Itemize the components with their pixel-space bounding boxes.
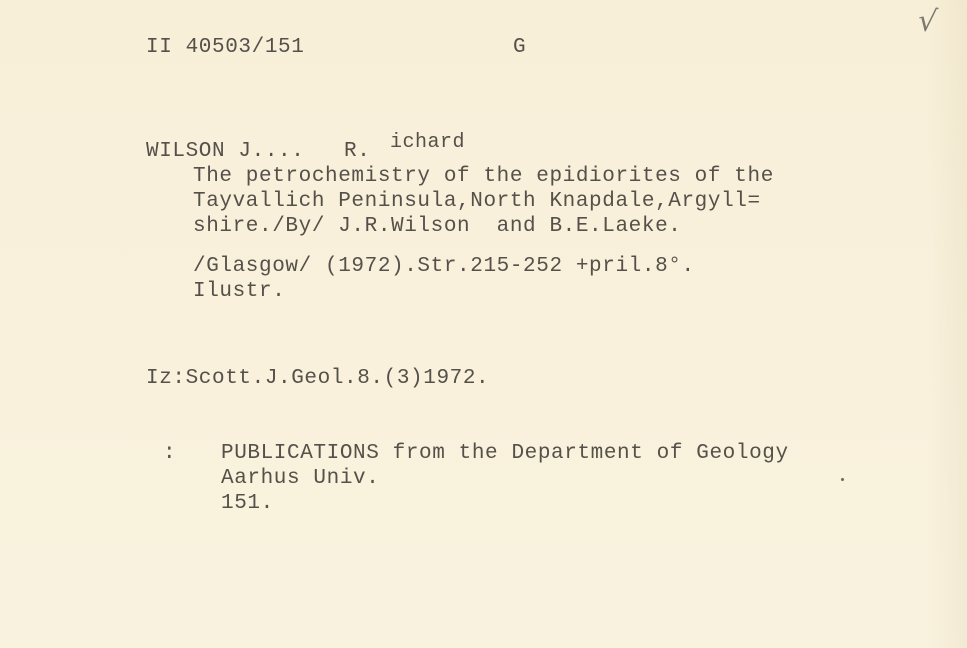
catalog-card: II 40503/151 G √ WILSON J.... R. ichard …: [0, 0, 967, 648]
title-line: shire./By/ J.R.Wilson and B.E.Laeke.: [193, 215, 681, 239]
imprint-line: /Glasgow/ (1972).Str.215-252 +pril.8°.: [193, 255, 695, 279]
card-edge-shading: [927, 0, 967, 648]
title-line: The petrochemistry of the epidiorites of…: [193, 165, 774, 189]
checkmark-icon: √: [916, 3, 939, 40]
series-number: 151.: [221, 492, 274, 516]
series-marker: :: [163, 442, 176, 466]
classification-letter: G: [513, 36, 526, 60]
author-handwritten-note: ichard: [390, 131, 465, 154]
shelf-mark: II 40503/151: [146, 36, 304, 60]
series-line: Aarhus Univ.: [221, 467, 379, 491]
title-line: Tayvallich Peninsula,North Knapdale,Argy…: [193, 190, 761, 214]
series-line: PUBLICATIONS from the Department of Geol…: [221, 442, 789, 466]
illustration-note: Ilustr.: [193, 280, 285, 304]
author-heading: WILSON J.... R.: [146, 140, 370, 164]
source-citation: Iz:Scott.J.Geol.8.(3)1972.: [146, 367, 489, 391]
stray-mark: [841, 478, 844, 481]
